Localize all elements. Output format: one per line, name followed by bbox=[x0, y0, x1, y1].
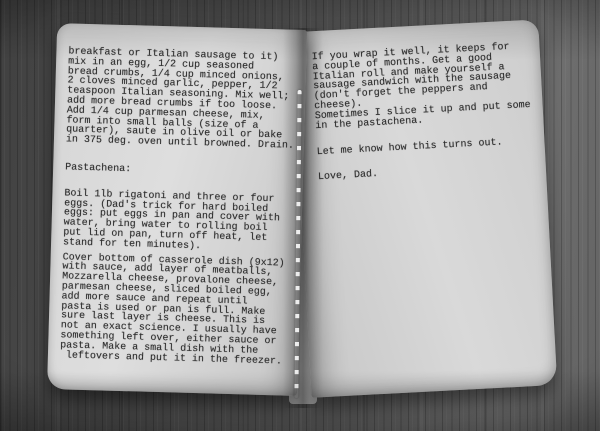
left-page-text: breakfast or Italian sausage to it) mix … bbox=[60, 47, 302, 367]
left-page: breakfast or Italian sausage to it) mix … bbox=[47, 23, 307, 396]
right-page: If you wrap it well, it keeps for a coup… bbox=[292, 19, 557, 397]
open-notebook: breakfast or Italian sausage to it) mix … bbox=[0, 0, 600, 431]
right-page-text: If you wrap it well, it keeps for a coup… bbox=[312, 42, 539, 183]
recipe-paragraph-meatballs: breakfast or Italian sausage to it) mix … bbox=[66, 47, 302, 151]
photo-of-notebook: breakfast or Italian sausage to it) mix … bbox=[0, 0, 600, 431]
letter-closing-line: Let me know how this turns out. bbox=[317, 137, 537, 158]
recipe-paragraph-boil: Boil 1lb rigatoni and three or four eggs… bbox=[63, 189, 298, 254]
letter-paragraph-wrapping: If you wrap it well, it keeps for a coup… bbox=[312, 42, 536, 132]
recipe-paragraph-assembly: Cover bottom of casserole dish (9x12) wi… bbox=[60, 253, 296, 367]
recipe-heading-pastachena: Pastachena: bbox=[65, 163, 298, 179]
letter-signature: Love, Dad. bbox=[318, 162, 538, 183]
